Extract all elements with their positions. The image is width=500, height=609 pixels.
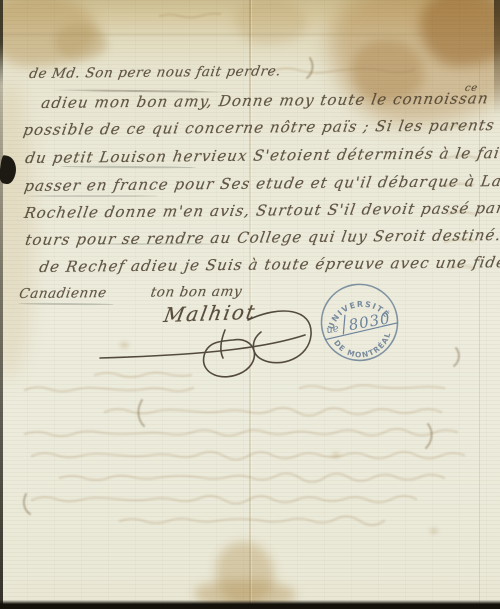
universite-de-montreal-stamp: UNIVERSITÉ DE MONTRÉAL ue 8030 — [304, 267, 420, 383]
letter-scan: de Md. Son pere nous fait perdre. adieu … — [0, 0, 500, 609]
letter-line: de Md. Son pere nous fait perdre. — [28, 63, 282, 82]
closing-phrase: ton bon amy — [149, 284, 243, 301]
stamp-handwritten-prefix: ue — [326, 323, 340, 336]
superscript-ce: ce — [464, 83, 479, 94]
svg-text:DE MONTRÉAL: DE MONTRÉAL — [331, 329, 396, 364]
signature-flourish — [85, 300, 325, 390]
stamp-number: 8030 — [347, 309, 392, 334]
stamp-arc-bottom: DE MONTRÉAL — [331, 329, 396, 364]
